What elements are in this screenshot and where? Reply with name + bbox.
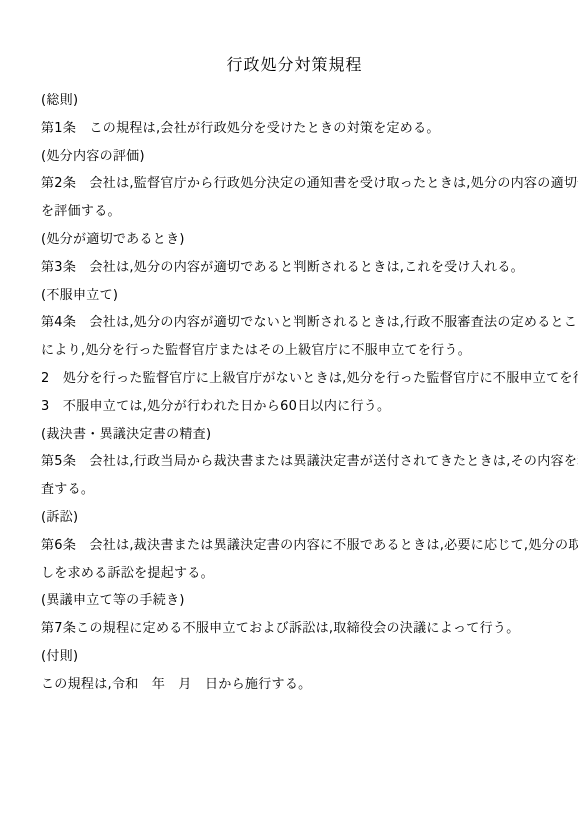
doc-line-article-2b: を評価する。 <box>41 198 548 226</box>
document-title: 行政処分対策規程 <box>41 54 548 87</box>
doc-line-article-5a: 第5条 会社は,行政当局から裁決書または異議決定書が送付されてきたときは,その内… <box>41 448 548 476</box>
doc-line-article-2a: 第2条 会社は,監督官庁から行政処分決定の通知書を受け取ったときは,処分の内容の… <box>41 170 548 198</box>
document-page: 行政処分対策規程 (総則) 第1条 この規程は,会社が行政処分を受けたときの対策… <box>0 0 578 813</box>
doc-line-article-3: 第3条 会社は,処分の内容が適切であると判断されるときは,これを受け入れる。 <box>41 254 548 282</box>
doc-line-article-4-para3: 3 不服申立ては,処分が行われた日から60日以内に行う。 <box>41 393 548 421</box>
doc-line-heading-appeal: (不服申立て) <box>41 282 548 310</box>
doc-line-article-4-para2: 2 処分を行った監督官庁に上級官庁がないときは,処分を行った監督官庁に不服申立て… <box>41 365 548 393</box>
document-body: 行政処分対策規程 (総則) 第1条 この規程は,会社が行政処分を受けたときの対策… <box>41 54 548 699</box>
doc-line-article-5b: 査する。 <box>41 476 548 504</box>
doc-line-article-7: 第7条この規程に定める不服申立ておよび訴訟は,取締役会の決議によって行う。 <box>41 615 548 643</box>
doc-line-article-4a: 第4条 会社は,処分の内容が適切でないと判断されるときは,行政不服審査法の定める… <box>41 309 548 337</box>
doc-line-effective-date: この規程は,令和 年 月 日から施行する。 <box>41 671 548 699</box>
doc-line-article-1: 第1条 この規程は,会社が行政処分を受けたときの対策を定める。 <box>41 115 548 143</box>
doc-line-heading-scrutiny: (裁決書・異議決定書の精査) <box>41 421 548 449</box>
doc-line-article-4b: により,処分を行った監督官庁またはその上級官庁に不服申立てを行う。 <box>41 337 548 365</box>
doc-line-heading-evaluation: (処分内容の評価) <box>41 143 548 171</box>
doc-line-heading-supplementary: (付則) <box>41 643 548 671</box>
doc-line-heading-general: (総則) <box>41 87 548 115</box>
doc-line-article-6a: 第6条 会社は,裁決書または異議決定書の内容に不服であるときは,必要に応じて,処… <box>41 532 548 560</box>
doc-line-article-6b: しを求める訴訟を提起する。 <box>41 560 548 588</box>
doc-line-heading-appropriate: (処分が適切であるとき) <box>41 226 548 254</box>
doc-line-heading-litigation: (訴訟) <box>41 504 548 532</box>
doc-line-heading-procedure: (異議申立て等の手続き) <box>41 587 548 615</box>
